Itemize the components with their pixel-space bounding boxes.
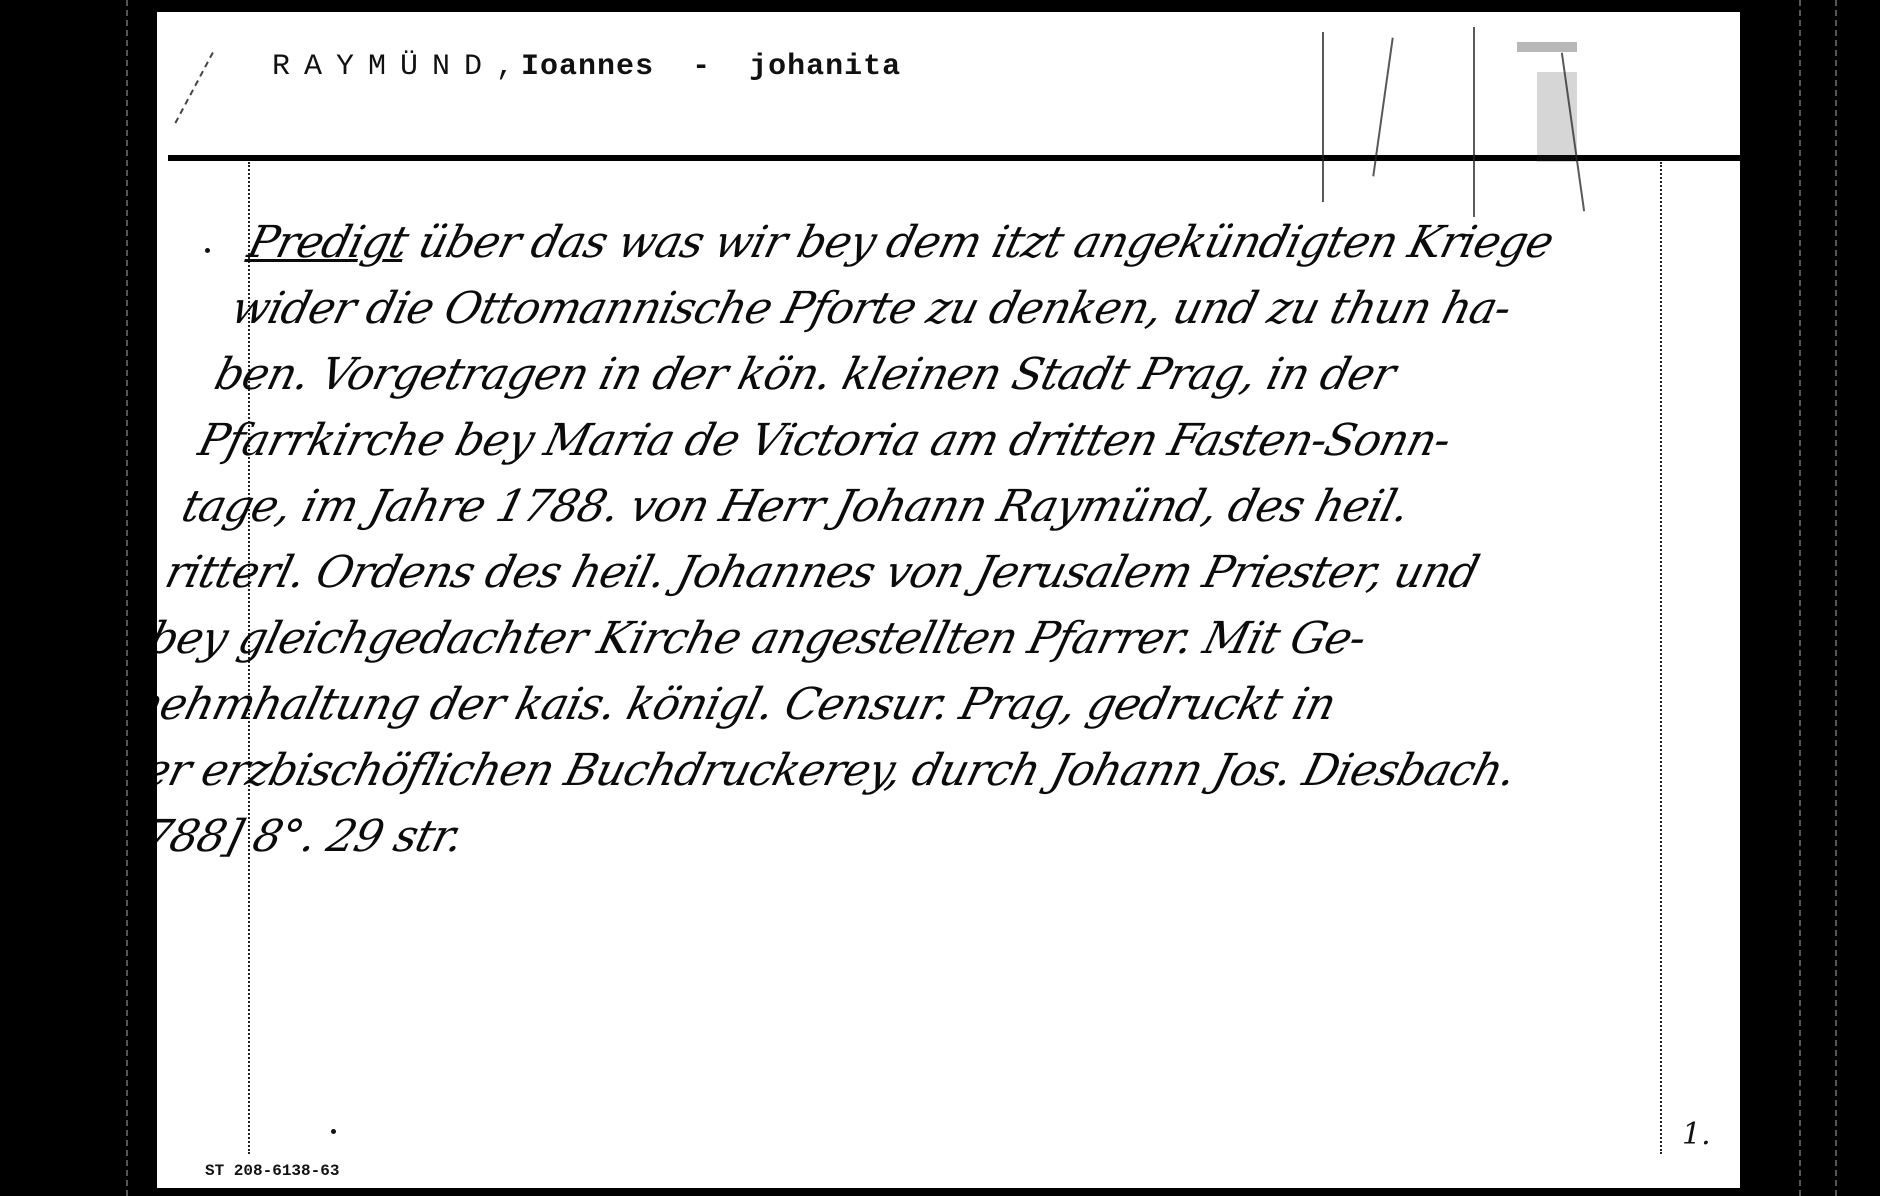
author-surname: RAYMÜND	[272, 50, 496, 84]
fold-mark-3	[1473, 27, 1475, 217]
margin-dot	[205, 248, 210, 253]
imprint-line: [1788] 8°. 29 str.	[157, 804, 1509, 870]
right-margin-line	[1660, 162, 1662, 1154]
handwritten-line: ben. Vorgetragen in der kön. kleinen Sta…	[208, 342, 1624, 408]
header-comma: ,	[496, 50, 515, 84]
scan-edge-right-1	[1799, 0, 1801, 1196]
shelf-stamp: ST 208-6138-63	[205, 1162, 339, 1180]
pencil-mark	[174, 52, 215, 125]
handwritten-line: wider die Ottomannische Pforte zu denken…	[224, 276, 1640, 342]
fold-mark-1	[1322, 32, 1324, 202]
handwritten-line: Pfarrkirche bey Maria de Victoria am dri…	[191, 408, 1607, 474]
header-rule	[168, 155, 1740, 161]
handwritten-line: nehmhaltung der kais. königl. Censur. Pr…	[157, 672, 1542, 738]
handwritten-line: tage, im Jahre 1788. von Herr Johann Ray…	[175, 474, 1591, 540]
author-order: johanita	[749, 50, 901, 84]
handwritten-entry: Predigt über das was wir bey dem itzt an…	[157, 210, 1657, 870]
author-given-name: Ioannes	[521, 50, 654, 84]
handwritten-line: der erzbischöflichen Buchdruckerey, durc…	[157, 738, 1525, 804]
margin-dot	[331, 1129, 336, 1134]
title-first-word: Predigt	[243, 217, 413, 268]
header-dash: -	[692, 50, 711, 84]
card-header: RAYMÜND,Ioannes-johanita	[272, 50, 901, 84]
scan-noise	[1537, 72, 1577, 162]
scan-edge-right-2	[1835, 0, 1837, 1196]
handwritten-line: bey gleichgedachter Kirche angestellten …	[157, 606, 1558, 672]
handwritten-line: ritterl. Ordens des heil. Johannes von J…	[158, 540, 1574, 606]
card-page-number: 1.	[1682, 1117, 1711, 1152]
handwritten-line: Predigt über das was wir bey dem itzt an…	[241, 210, 1657, 276]
catalog-card: RAYMÜND,Ioannes-johanita Predigt über da…	[157, 12, 1740, 1188]
scan-edge-left	[126, 0, 128, 1196]
scan-noise	[1517, 42, 1577, 52]
